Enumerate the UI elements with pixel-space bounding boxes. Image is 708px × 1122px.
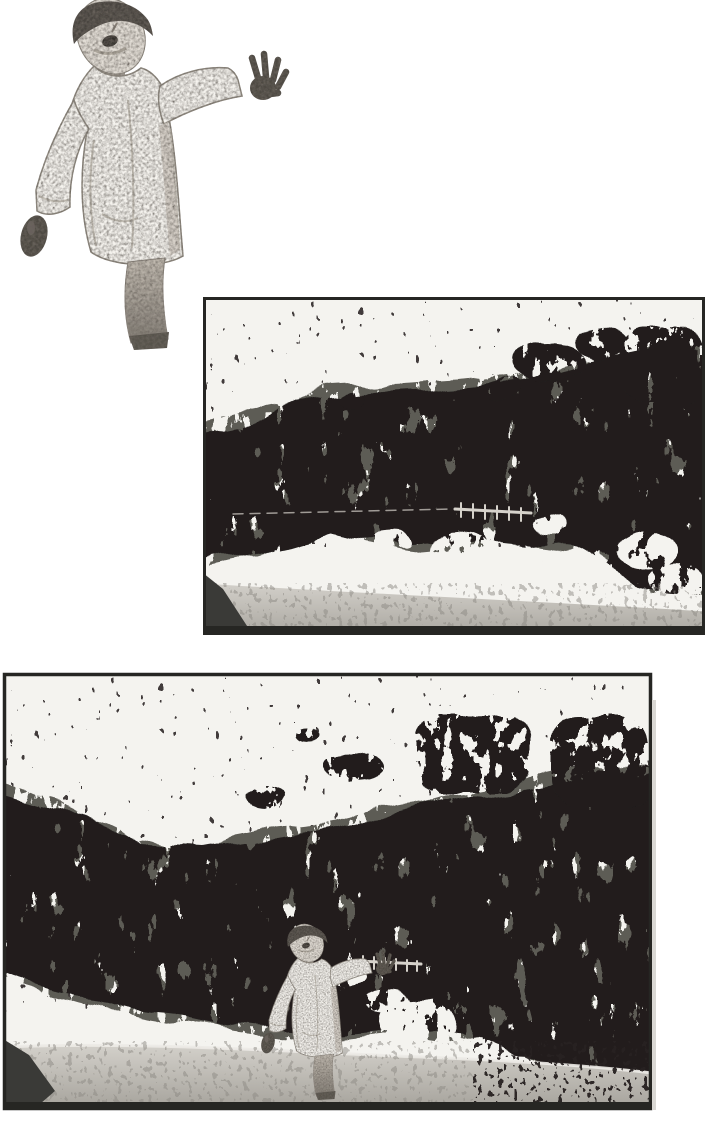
figure-artwork: Cut-out halftone figure of a boy in a wh…	[0, 0, 708, 1122]
scanned-figure-page: Cut-out halftone figure of a boy in a wh…	[0, 0, 708, 1122]
composite-scan-shadow	[652, 700, 656, 1110]
boy-against-wall-photo: Larger framed halftone photograph of the…	[0, 673, 672, 1110]
composite-photo-frame-bottom	[3, 1102, 652, 1110]
composite-ground-speckles	[473, 1029, 652, 1103]
weathered-wall-photo: Framed halftone photograph of a weathere…	[183, 297, 708, 642]
wall-photo-frame-bottom	[203, 626, 705, 635]
